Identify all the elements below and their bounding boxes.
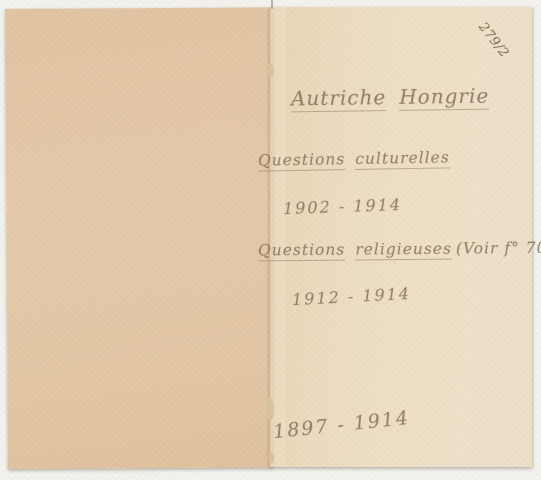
fold-shadow	[271, 0, 273, 9]
subject-word-questions: Questions	[258, 241, 345, 262]
subject-word-religieuses: religieuses	[355, 240, 452, 261]
right-page	[269, 7, 532, 467]
fold-tear-mark	[268, 64, 274, 78]
fold-tear-mark	[269, 452, 274, 464]
scan-background: 279/2 AutricheHongrie Questionsculturell…	[0, 0, 541, 480]
subject-word-culturelles: culturelles	[355, 148, 450, 170]
title-word-autriche: Autriche	[291, 85, 387, 112]
fold-tear-mark	[267, 398, 274, 420]
subject-word-questions: Questions	[258, 150, 346, 172]
subject-line-religieuses: Questionsreligieuses(Voir f° 704)	[258, 239, 541, 260]
subject-line-culturelles: Questionsculturelles	[258, 148, 450, 169]
reference-note: (Voir f° 704)	[456, 239, 541, 258]
title-line: AutricheHongrie	[291, 84, 490, 111]
title-word-hongrie: Hongrie	[399, 84, 489, 111]
left-page	[5, 7, 273, 469]
